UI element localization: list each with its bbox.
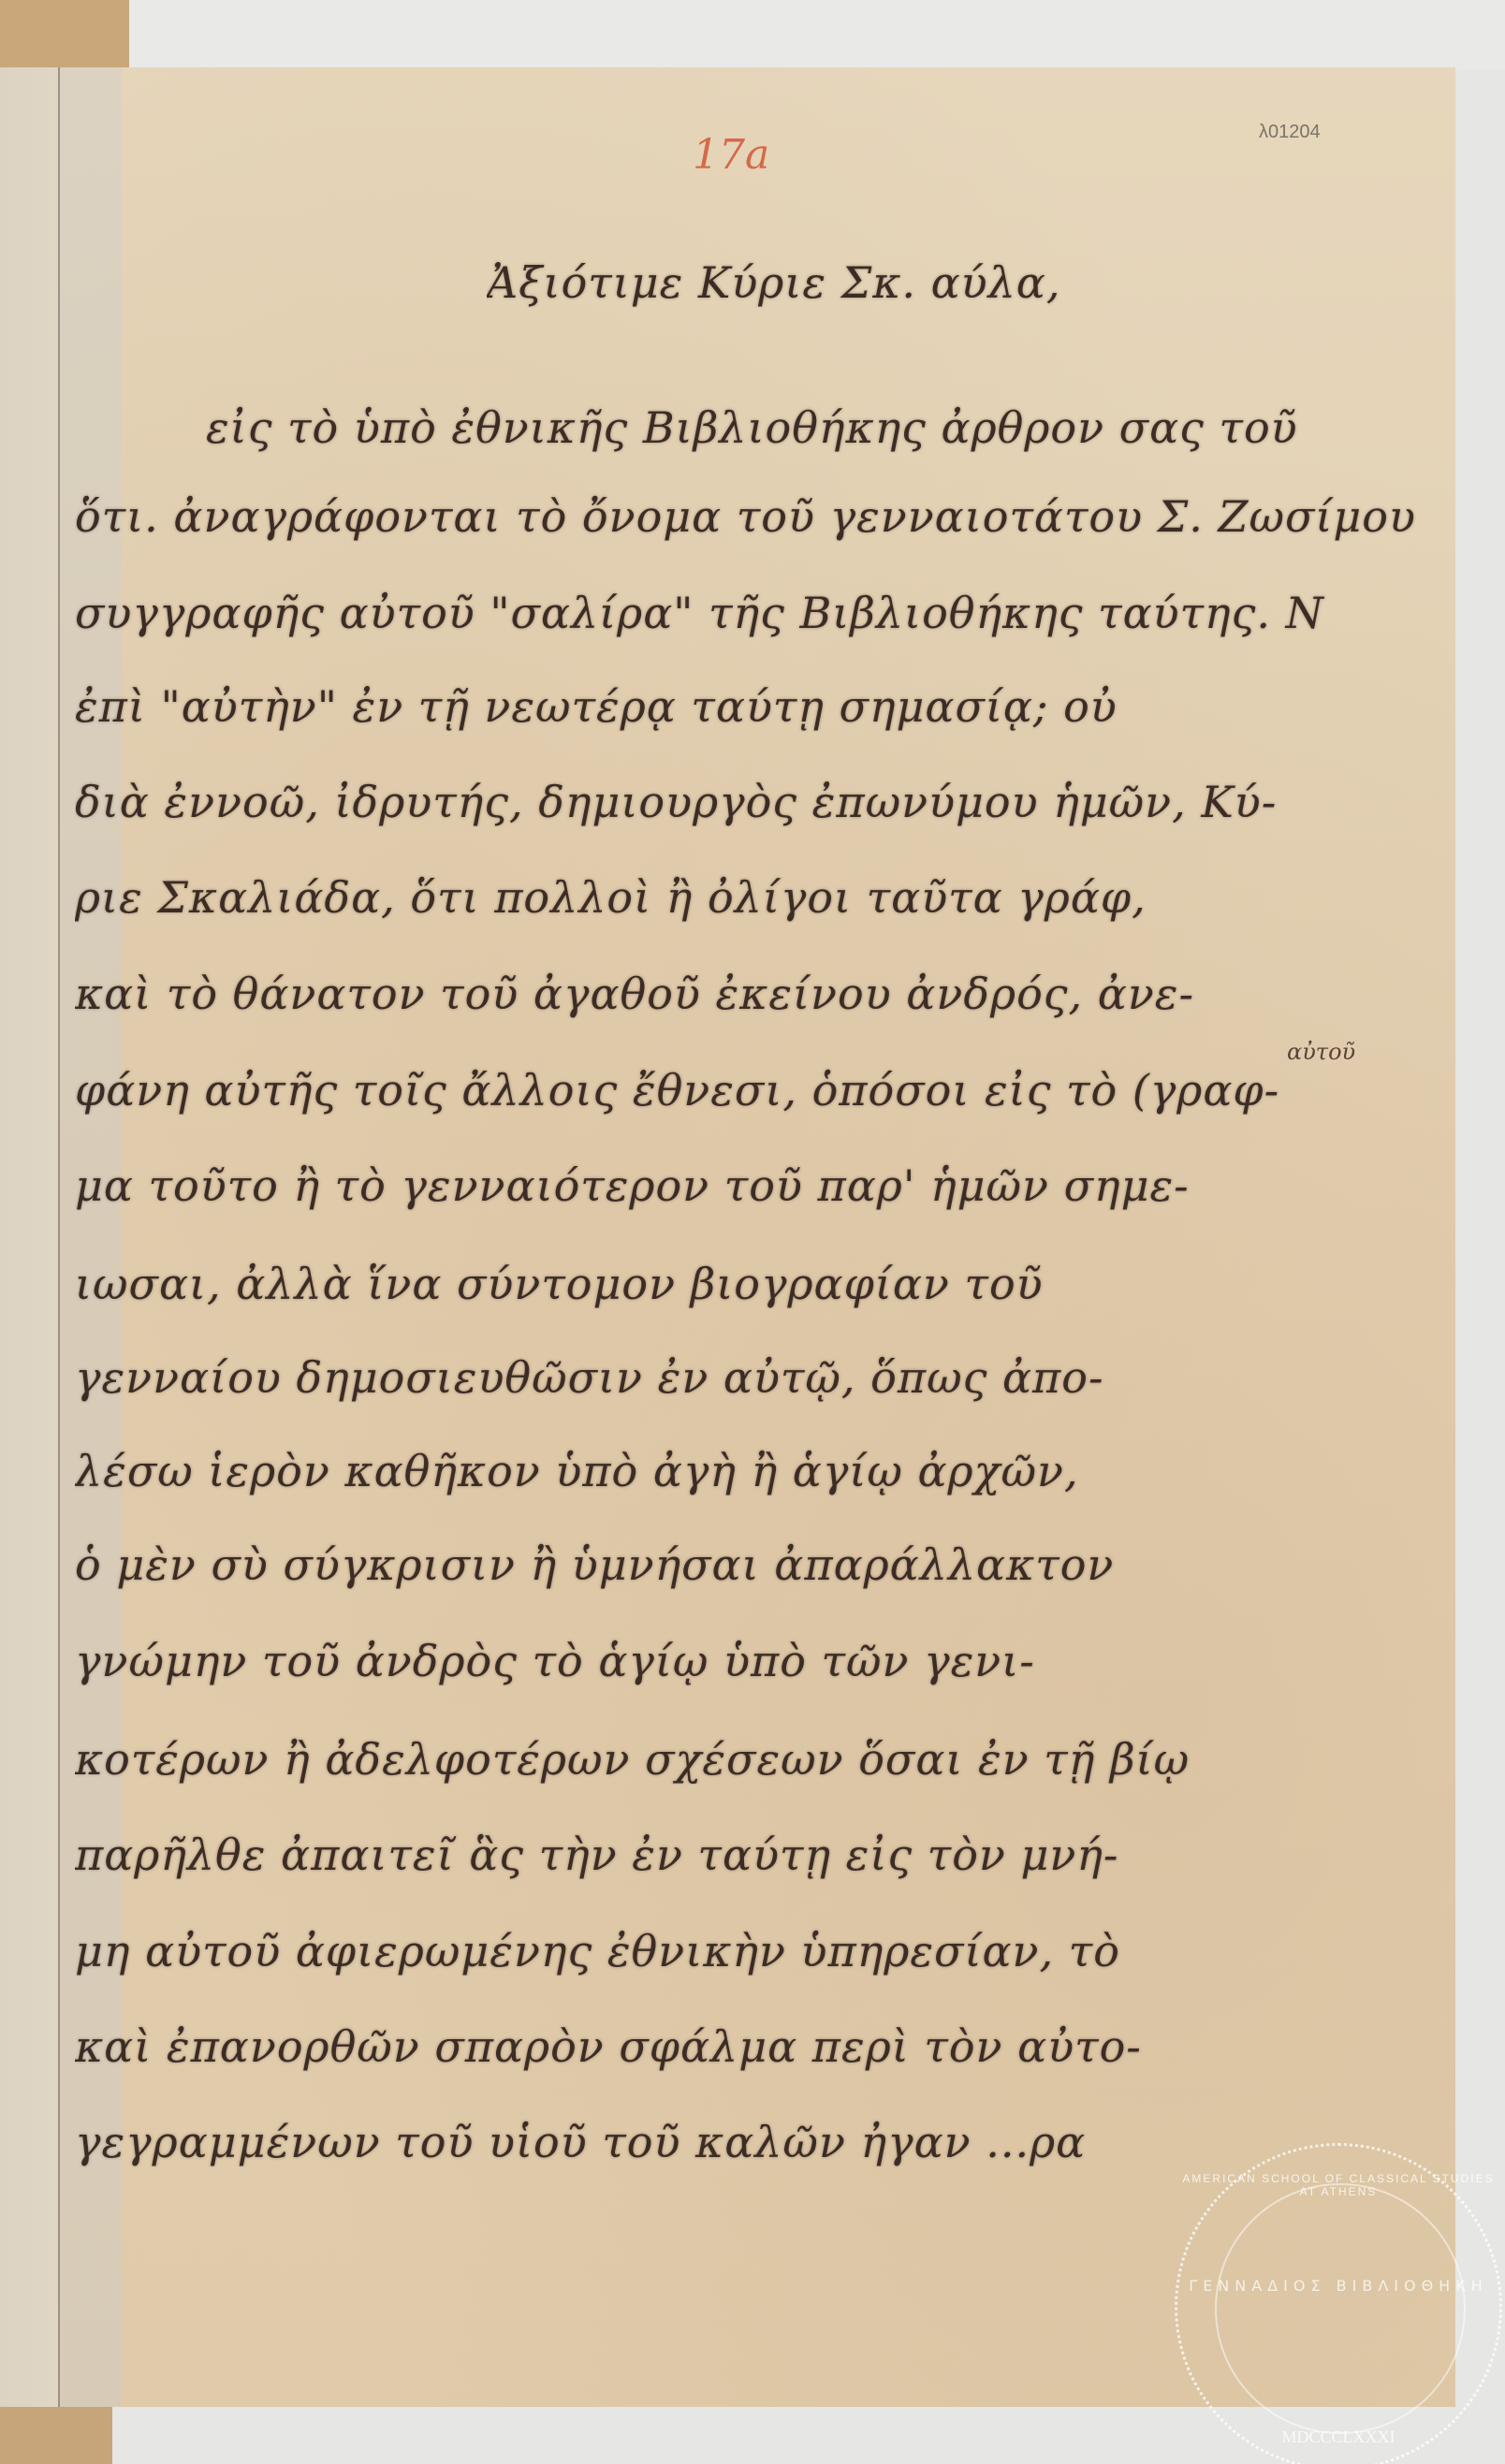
letter-line: μη αὐτοῦ ἀφιερωμένης ἐθνικὴν ὑπηρεσίαν, …	[75, 1926, 1423, 1976]
seal-center-text: ΓΕΝΝΑΔΙΟΣ ΒΙΒΛΙΟΘΗΚΗ	[1177, 2277, 1499, 2295]
letter-line: ιωσαι, ἀλλὰ ἵνα σύντομον βιογραφίαν τοῦ	[75, 1259, 1423, 1309]
catalog-mark: λ01204	[1259, 122, 1321, 143]
letter-line: εἰς τὸ ὑπὸ ἐθνικῆς Βιβλιοθήκης ἀρθρον σα…	[206, 402, 1505, 453]
seal-outer-text: AMERICAN SCHOOL OF CLASSICAL STUDIES AT …	[1177, 2172, 1499, 2198]
letter-line: γνώμην τοῦ ἀνδρὸς τὸ ἁγίῳ ὑπὸ τῶν γενι-	[75, 1636, 1423, 1686]
seal-year: MDCCCLXXXI	[1177, 2428, 1499, 2447]
mat-bottom	[0, 2407, 112, 2464]
letter-line: κοτέρων ἢ ἀδελφοτέρων σχέσεων ὅσαι ἐν τῇ…	[75, 1734, 1423, 1785]
letter-line: παρῆλθε ἀπαιτεῖ ἃς τὴν ἐν ταύτῃ εἰς τὸν …	[75, 1830, 1423, 1880]
letter-line: φάνη αὐτῆς τοῖς ἄλλοις ἔθνεσι, ὁπόσοι εἰ…	[75, 1065, 1423, 1115]
binding-guard-strip	[0, 67, 60, 2407]
letter-line: ὅτι. ἀναγράφονται τὸ ὄνομα τοῦ γενναιοτά…	[75, 491, 1423, 542]
letter-line: διὰ ἐννοῶ, ἰδρυτής, δημιουργὸς ἐπωνύμου …	[75, 777, 1423, 827]
letter-line: ἐπὶ "αὐτὴν" ἐν τῇ νεωτέρᾳ ταύτῃ σημασίᾳ;…	[75, 681, 1423, 732]
seal-inner-ring	[1215, 2183, 1466, 2434]
letter-line: ὁ μὲν σὺ σύγκρισιν ἢ ὑμνήσαι ἀπαράλλακτο…	[75, 1539, 1423, 1590]
letter-line: καὶ τὸ θάνατον τοῦ ἀγαθοῦ ἐκείνου ἀνδρός…	[75, 969, 1423, 1019]
letter-line: λέσω ἱερὸν καθῆκον ὑπὸ ἀγὴ ἢ ἁγίῳ ἀρχῶν,	[75, 1446, 1423, 1496]
letter-line: ριε Σκαλιάδα, ὅτι πολλοὶ ἢ ὀλίγοι ταῦτα …	[75, 872, 1423, 923]
letter-line: γεγραμμένων τοῦ υἱοῦ τοῦ καλῶν ἠγαν ...ρ…	[75, 2117, 1423, 2167]
backing-board	[129, 0, 1505, 69]
library-seal-stamp: AMERICAN SCHOOL OF CLASSICAL STUDIES AT …	[1175, 2143, 1502, 2464]
letter-greeting: Ἀξιότιμε Κύριε Σκ. αύλα,	[487, 257, 1505, 308]
letter-line: καὶ ἐπανορθῶν σπαρὸν σφάλμα περὶ τὸν αὐτ…	[75, 2021, 1423, 2072]
letter-line: γενναίου δημοσιευθῶσιν ἐν αὐτῷ, ὅπως ἀπο…	[75, 1352, 1423, 1403]
interlinear-annotation: αὐτοῦ	[1287, 1039, 1355, 1065]
mat-top	[0, 0, 129, 67]
letter-line: μα τοῦτο ἢ τὸ γενναιότερον τοῦ παρ' ἡμῶν…	[75, 1160, 1423, 1211]
letter-line: συγγραφῆς αὐτοῦ "σαλίρα" τῆς Βιβλιοθήκης…	[75, 588, 1423, 638]
folio-number: 17a	[693, 131, 769, 179]
